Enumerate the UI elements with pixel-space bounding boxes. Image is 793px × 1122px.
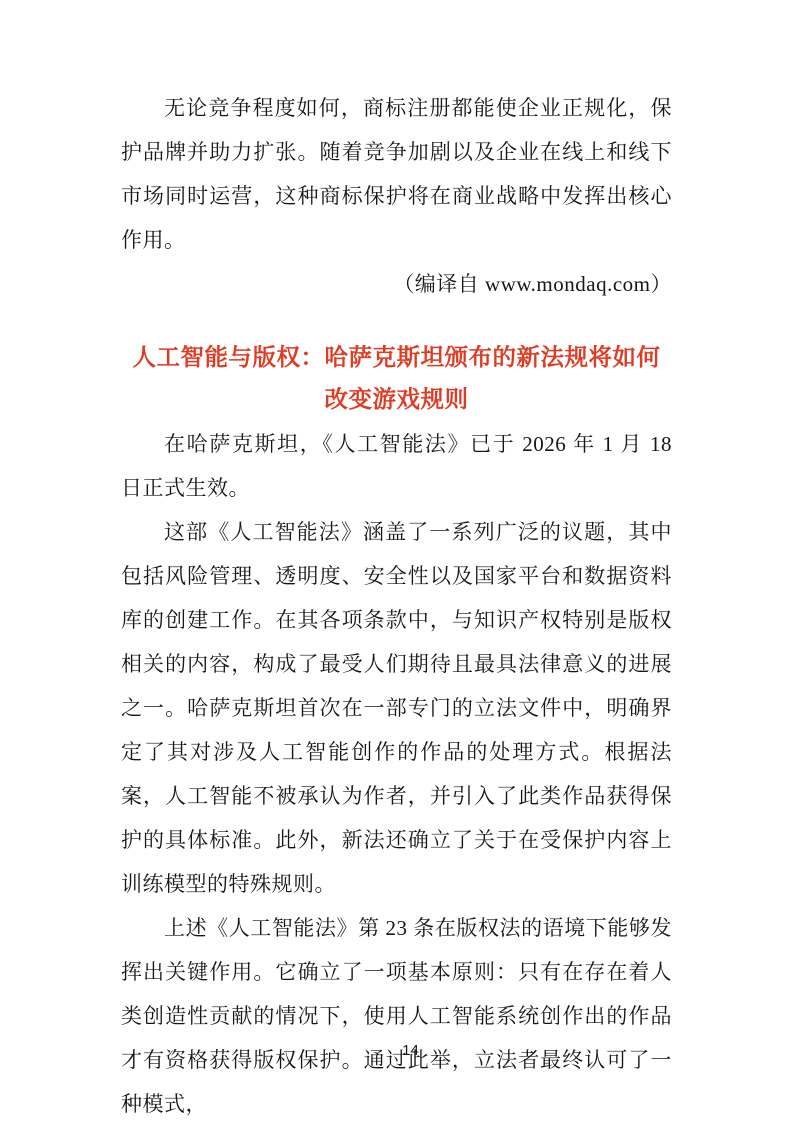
paragraph-trademark-closing: 无论竞争程度如何，商标注册都能使企业正规化，保护品牌并助力扩张。随着竞争加剧以及… bbox=[121, 86, 672, 262]
page-content: 无论竞争程度如何，商标注册都能使企业正规化，保护品牌并助力扩张。随着竞争加剧以及… bbox=[121, 86, 672, 1122]
document-page: 无论竞争程度如何，商标注册都能使企业正规化，保护品牌并助力扩张。随着竞争加剧以及… bbox=[0, 0, 793, 1122]
article-title: 人工智能与版权：哈萨克斯坦颁布的新法规将如何改变游戏规则 bbox=[121, 336, 672, 420]
attribution-line: （编译自 www.mondaq.com） bbox=[121, 262, 672, 306]
paragraph-law-scope: 这部《人工智能法》涵盖了一系列广泛的议题，其中包括风险管理、透明度、安全性以及国… bbox=[121, 510, 672, 906]
paragraph-article-23: 上述《人工智能法》第 23 条在版权法的语境下能够发挥出关键作用。它确立了一项基… bbox=[121, 906, 672, 1122]
paragraph-effective-date: 在哈萨克斯坦，《人工智能法》已于 2026 年 1 月 18 日正式生效。 bbox=[121, 422, 672, 510]
page-number: 14 bbox=[0, 1042, 793, 1059]
